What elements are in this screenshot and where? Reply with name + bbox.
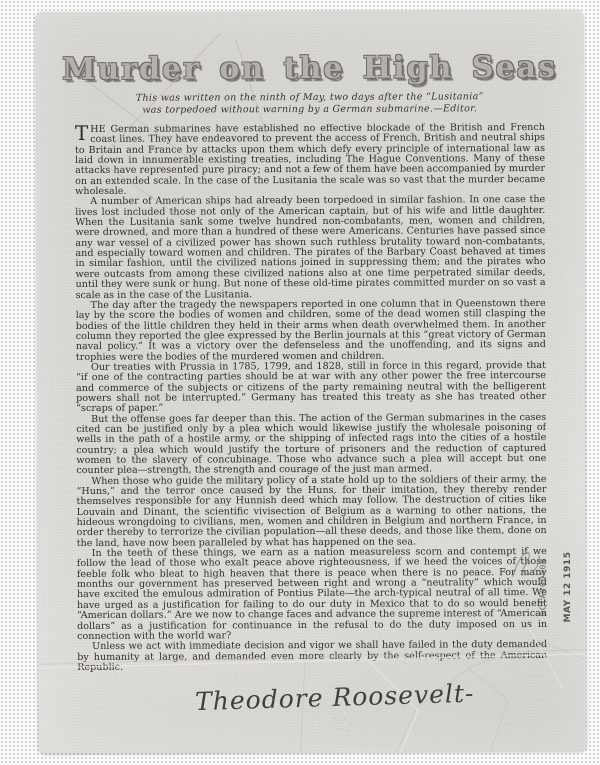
body-paragraph-5: But the offense goes far deeper than thi… [76, 413, 546, 477]
document-body: THE German submarines have established n… [75, 123, 548, 703]
editor-note: This was written on the ninth of May, tw… [36, 91, 584, 116]
broadside-paper: Murder on the High Seas This was written… [35, 10, 586, 753]
body-paragraph-6: When those who guide the military policy… [76, 475, 546, 549]
body-paragraph-4: Our treaties with Prussia in 1785, 1799,… [76, 361, 546, 415]
body-paragraph-8: Unless we act with immediate decision an… [77, 640, 547, 673]
body-paragraph-2: A number of American ships had already b… [75, 195, 545, 300]
document-title: Murder on the High Seas [36, 50, 584, 88]
handwritten-mark-icon [505, 543, 547, 585]
body-paragraph-1: THE German submarines have established n… [75, 123, 545, 197]
body-paragraph-7: In the teeth of these things, we earn as… [77, 547, 547, 642]
editor-note-line-2: was torpedoed without warning by a Germa… [36, 102, 584, 116]
body-paragraph-3: The day after the tragedy the newspapers… [76, 299, 546, 363]
